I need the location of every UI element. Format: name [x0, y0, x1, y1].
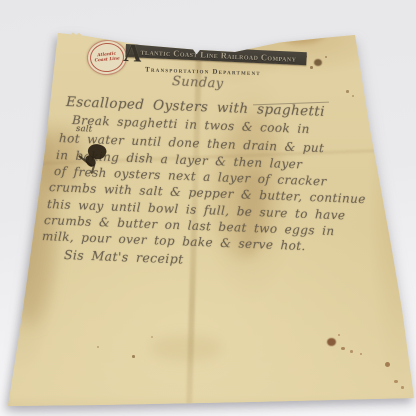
- company-initial-letter: A: [123, 41, 142, 67]
- stain-dot: [341, 347, 345, 350]
- stain-top-right-smudge: [281, 24, 327, 47]
- stain-dot: [394, 380, 398, 383]
- acl-railroad-logo: Atlantic Coast Line: [86, 38, 129, 76]
- stain-bottom-blotch: [150, 335, 222, 361]
- letter-paper: Atlantic Coast Line A tlantic Coast Line…: [0, 0, 416, 416]
- acl-logo-ring: Atlantic Coast Line: [89, 42, 125, 74]
- stain-dot: [352, 95, 354, 97]
- acl-logo-text: Atlantic Coast Line: [93, 52, 121, 64]
- handwritten-date: Sunday: [172, 74, 224, 92]
- stain-dot: [360, 353, 362, 355]
- stain-dot: [325, 56, 327, 58]
- stain-dot: [338, 334, 340, 336]
- signature-line: Sis Mat's receipt: [64, 247, 184, 267]
- stain-top-right-blob: [314, 59, 322, 66]
- stain-rust-right: [385, 362, 390, 367]
- stain-dot: [401, 386, 404, 389]
- stain-dot: [151, 336, 153, 338]
- stain-dot: [350, 350, 353, 353]
- company-name-banner: A tlantic Coast Line Railroad Company: [125, 44, 306, 65]
- stain-dot: [132, 355, 135, 358]
- stain-dot: [346, 90, 349, 93]
- stain-rust-bottom: [327, 338, 336, 346]
- company-name: tlantic Coast Line Railroad Company: [140, 46, 296, 63]
- stain-dot: [310, 66, 313, 69]
- paper-shadow-wrap: Atlantic Coast Line A tlantic Coast Line…: [0, 0, 416, 416]
- stain-dot: [97, 346, 99, 348]
- photo-of-letter: Atlantic Coast Line A tlantic Coast Line…: [0, 0, 416, 416]
